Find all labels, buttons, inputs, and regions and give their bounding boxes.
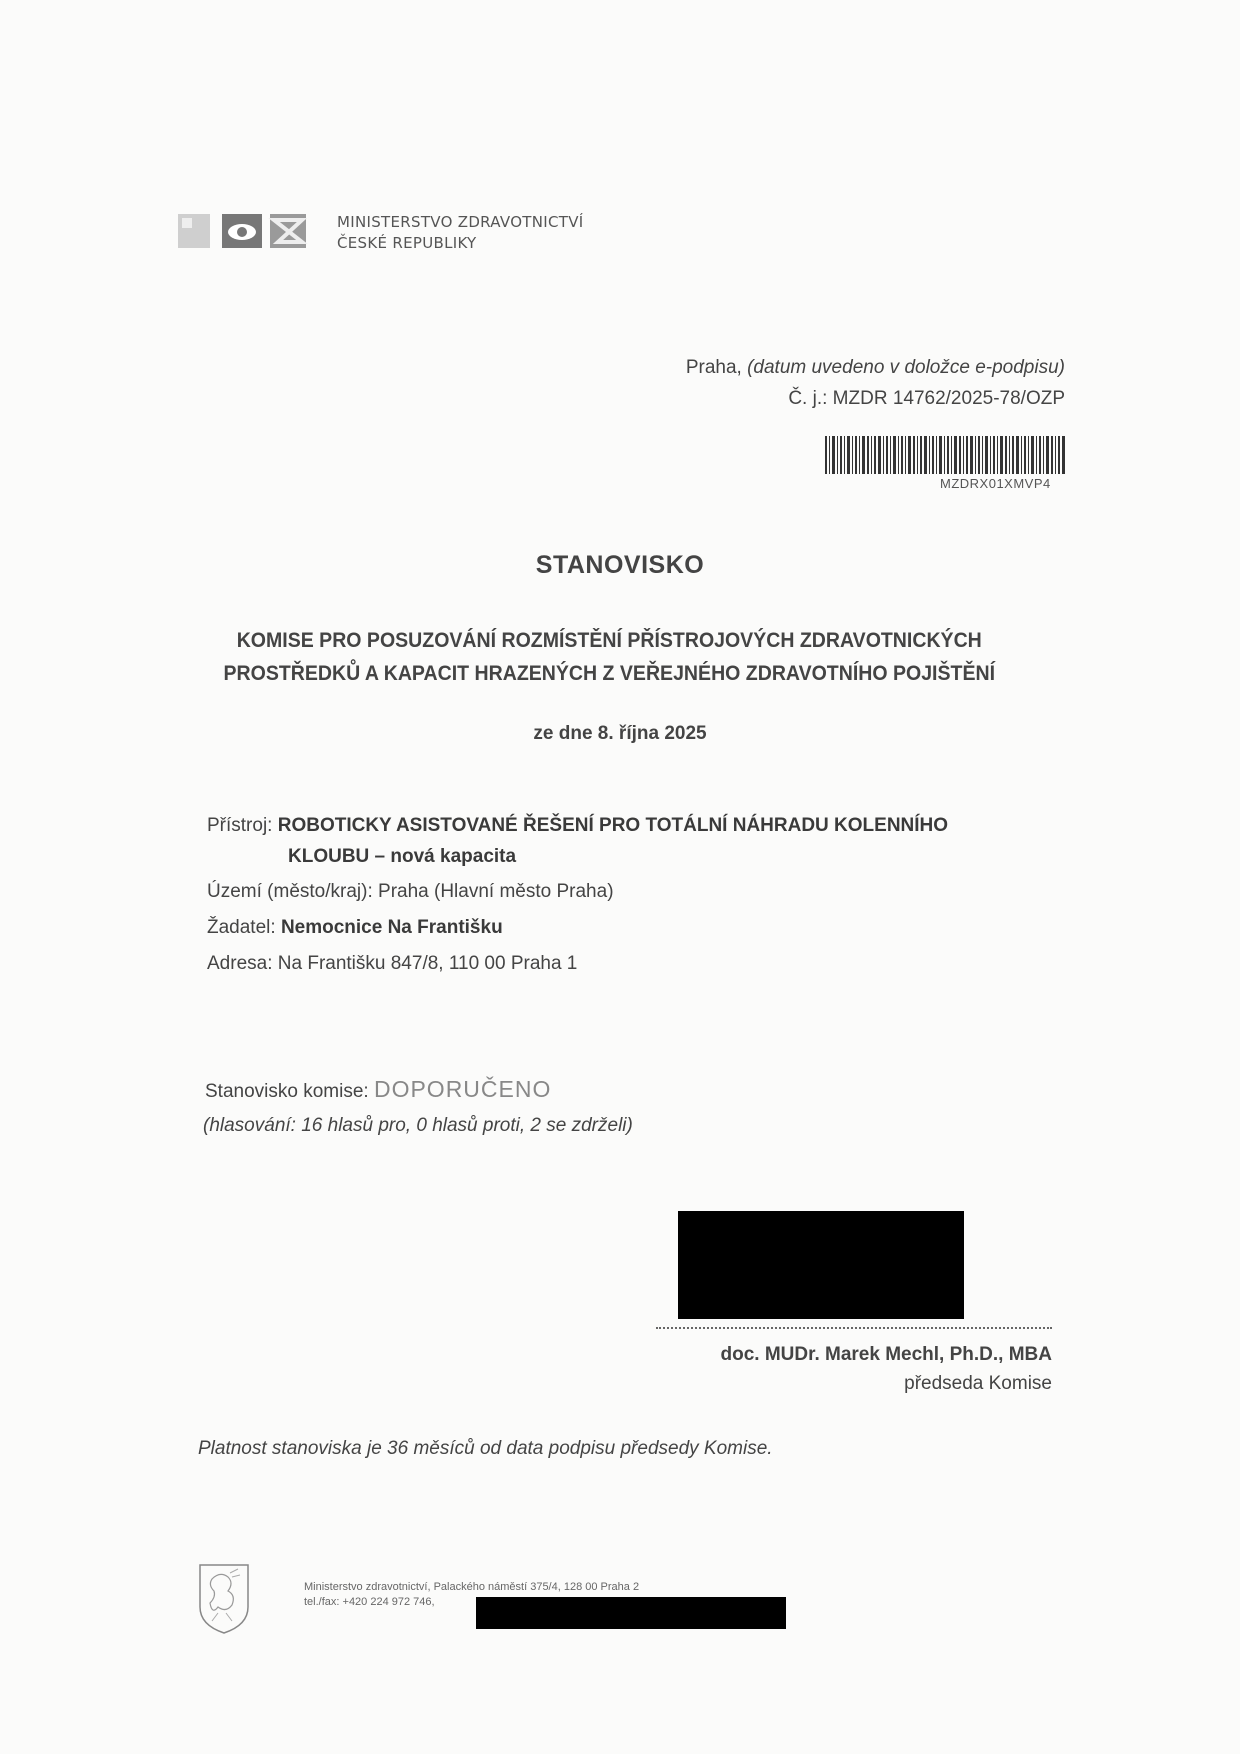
reference-number: Č. j.: MZDR 14762/2025-78/OZP	[686, 383, 1065, 414]
applicant-label: Žadatel:	[207, 917, 281, 938]
device-field: Přístroj: ROBOTICKY ASISTOVANÉ ŘEŠENÍ PR…	[207, 815, 948, 837]
mzcr-logo-icon	[178, 210, 313, 252]
signature-line	[656, 1327, 1052, 1329]
applicant-field: Žadatel: Nemocnice Na Františku	[207, 917, 503, 939]
place-and-reference: Praha, (datum uvedeno v doložce e-podpis…	[686, 352, 1065, 414]
ministry-name-line2: ČESKÉ REPUBLIKY	[337, 233, 584, 254]
signer-role: předseda Komise	[904, 1373, 1052, 1395]
territory-value: Praha (Hlavní město Praha)	[378, 881, 614, 902]
address-value: Na Františku 847/8, 110 00 Praha 1	[278, 953, 578, 974]
device-value: ROBOTICKY ASISTOVANÉ ŘEŠENÍ PRO TOTÁLNÍ …	[278, 815, 948, 836]
barcode-code: MZDRX01XMVP4	[940, 476, 1051, 491]
ministry-name: MINISTERSTVO ZDRAVOTNICTVÍ ČESKÉ REPUBLI…	[337, 212, 584, 254]
territory-label: Území (město/kraj):	[207, 881, 378, 902]
document-title: STANOVISKO	[0, 551, 1240, 580]
signer-name: doc. MUDr. Marek Mechl, Ph.D., MBA	[721, 1344, 1053, 1366]
validity-note: Platnost stanoviska je 36 měsíců od data…	[198, 1438, 773, 1460]
redacted-signature	[678, 1211, 964, 1319]
opinion-verdict: DOPORUČENO	[374, 1076, 551, 1102]
voting-result: (hlasování: 16 hlasů pro, 0 hlasů proti,…	[203, 1115, 633, 1137]
barcode-icon	[825, 436, 1067, 474]
territory-field: Území (město/kraj): Praha (Hlavní město …	[207, 881, 614, 903]
date-note: (datum uvedeno v doložce e-podpisu)	[747, 357, 1065, 378]
address-label: Adresa:	[207, 953, 278, 974]
czech-lion-crest-icon	[198, 1563, 250, 1635]
device-label: Přístroj:	[207, 815, 278, 836]
document-date: ze dne 8. října 2025	[0, 723, 1240, 745]
ministry-name-line1: MINISTERSTVO ZDRAVOTNICTVÍ	[337, 212, 584, 233]
place-date: Praha, (datum uvedeno v doložce e-podpis…	[686, 352, 1065, 383]
committee-opinion: Stanovisko komise: DOPORUČENO	[205, 1076, 551, 1103]
redacted-contact	[476, 1597, 786, 1629]
address-field: Adresa: Na Františku 847/8, 110 00 Praha…	[207, 953, 577, 975]
applicant-value: Nemocnice Na Františku	[281, 917, 503, 938]
footer-address: Ministerstvo zdravotnictví, Palackého ná…	[304, 1580, 639, 1595]
device-value-line2: KLOUBU – nová kapacita	[288, 846, 516, 868]
committee-name: KOMISE PRO POSUZOVÁNÍ ROZMÍSTĚNÍ PŘÍSTRO…	[214, 624, 1005, 690]
opinion-label: Stanovisko komise:	[205, 1081, 374, 1102]
